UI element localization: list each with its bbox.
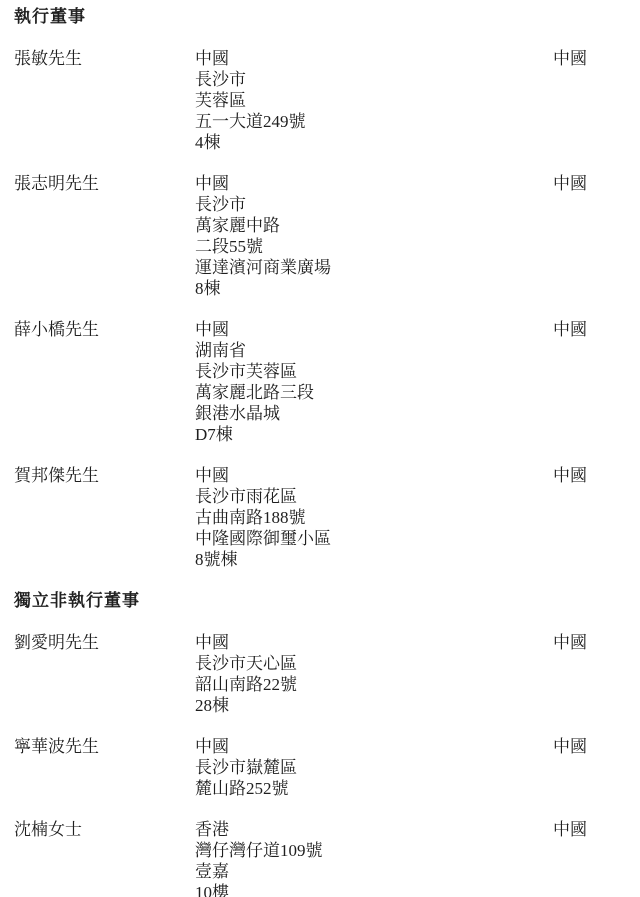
director-nationality: 中國: [553, 319, 626, 340]
director-address: 香港灣仔灣仔道109號壹嘉10樓: [195, 819, 553, 897]
address-line: 湖南省: [195, 340, 553, 361]
director-name: 薛小橋先生: [14, 319, 195, 340]
address-line: 韶山南路22號: [195, 674, 553, 695]
address-line: 中國: [195, 173, 553, 194]
address-line: 長沙市芙蓉區: [195, 361, 553, 382]
director-address: 中國長沙市芙蓉區五一大道249號4棟: [195, 48, 553, 153]
section-entries: 劉愛明先生 中國長沙市天心區韶山南路22號28棟 中國 寧華波先生 中國長沙市嶽…: [14, 632, 626, 897]
director-address: 中國長沙市天心區韶山南路22號28棟: [195, 632, 553, 716]
address-line: 灣仔灣仔道109號: [195, 840, 553, 861]
document-page: 執行董事 張敏先生 中國長沙市芙蓉區五一大道249號4棟 中國 張志明先生 中國…: [0, 0, 640, 897]
address-line: 二段55號: [195, 236, 553, 257]
address-line: 中國: [195, 632, 553, 653]
directors-section: 獨立非執行董事 劉愛明先生 中國長沙市天心區韶山南路22號28棟 中國 寧華波先…: [14, 590, 626, 897]
address-line: 4棟: [195, 132, 553, 153]
section-entries: 張敏先生 中國長沙市芙蓉區五一大道249號4棟 中國 張志明先生 中國長沙市萬家…: [14, 48, 626, 570]
address-line: 長沙市雨花區: [195, 486, 553, 507]
address-line: 古曲南路188號: [195, 507, 553, 528]
director-row: 沈楠女士 香港灣仔灣仔道109號壹嘉10樓 中國: [14, 819, 626, 897]
address-line: 中國: [195, 48, 553, 69]
address-line: 中國: [195, 319, 553, 340]
address-line: 8號棟: [195, 549, 553, 570]
address-line: 運達濱河商業廣場: [195, 257, 553, 278]
address-line: 壹嘉: [195, 861, 553, 882]
address-line: 中國: [195, 465, 553, 486]
address-line: 10樓: [195, 882, 553, 897]
address-line: 銀港水晶城: [195, 403, 553, 424]
address-line: 麓山路252號: [195, 778, 553, 799]
director-nationality: 中國: [553, 48, 626, 69]
directors-list: 執行董事 張敏先生 中國長沙市芙蓉區五一大道249號4棟 中國 張志明先生 中國…: [14, 6, 626, 897]
address-line: D7棟: [195, 424, 553, 445]
section-header: 獨立非執行董事: [14, 590, 626, 611]
director-nationality: 中國: [553, 736, 626, 757]
address-line: 五一大道249號: [195, 111, 553, 132]
director-address: 中國湖南省長沙市芙蓉區萬家麗北路三段銀港水晶城D7棟: [195, 319, 553, 445]
director-row: 寧華波先生 中國長沙市嶽麓區麓山路252號 中國: [14, 736, 626, 799]
address-line: 8棟: [195, 278, 553, 299]
director-nationality: 中國: [553, 173, 626, 194]
director-nationality: 中國: [553, 632, 626, 653]
address-line: 中隆國際御璽小區: [195, 528, 553, 549]
address-line: 長沙市天心區: [195, 653, 553, 674]
director-name: 賀邦傑先生: [14, 465, 195, 486]
address-line: 長沙市: [195, 69, 553, 90]
director-name: 沈楠女士: [14, 819, 195, 840]
section-header: 執行董事: [14, 6, 626, 27]
address-line: 長沙市: [195, 194, 553, 215]
director-address: 中國長沙市雨花區古曲南路188號中隆國際御璽小區8號棟: [195, 465, 553, 570]
director-name: 寧華波先生: [14, 736, 195, 757]
address-line: 香港: [195, 819, 553, 840]
director-address: 中國長沙市萬家麗中路二段55號運達濱河商業廣場8棟: [195, 173, 553, 299]
director-row: 劉愛明先生 中國長沙市天心區韶山南路22號28棟 中國: [14, 632, 626, 716]
address-line: 28棟: [195, 695, 553, 716]
address-line: 長沙市嶽麓區: [195, 757, 553, 778]
director-address: 中國長沙市嶽麓區麓山路252號: [195, 736, 553, 799]
directors-section: 執行董事 張敏先生 中國長沙市芙蓉區五一大道249號4棟 中國 張志明先生 中國…: [14, 6, 626, 570]
director-row: 薛小橋先生 中國湖南省長沙市芙蓉區萬家麗北路三段銀港水晶城D7棟 中國: [14, 319, 626, 445]
director-name: 張敏先生: [14, 48, 195, 69]
director-row: 賀邦傑先生 中國長沙市雨花區古曲南路188號中隆國際御璽小區8號棟 中國: [14, 465, 626, 570]
director-name: 張志明先生: [14, 173, 195, 194]
director-name: 劉愛明先生: [14, 632, 195, 653]
director-nationality: 中國: [553, 819, 626, 840]
address-line: 中國: [195, 736, 553, 757]
director-row: 張敏先生 中國長沙市芙蓉區五一大道249號4棟 中國: [14, 48, 626, 153]
address-line: 萬家麗中路: [195, 215, 553, 236]
address-line: 芙蓉區: [195, 90, 553, 111]
address-line: 萬家麗北路三段: [195, 382, 553, 403]
director-nationality: 中國: [553, 465, 626, 486]
director-row: 張志明先生 中國長沙市萬家麗中路二段55號運達濱河商業廣場8棟 中國: [14, 173, 626, 299]
